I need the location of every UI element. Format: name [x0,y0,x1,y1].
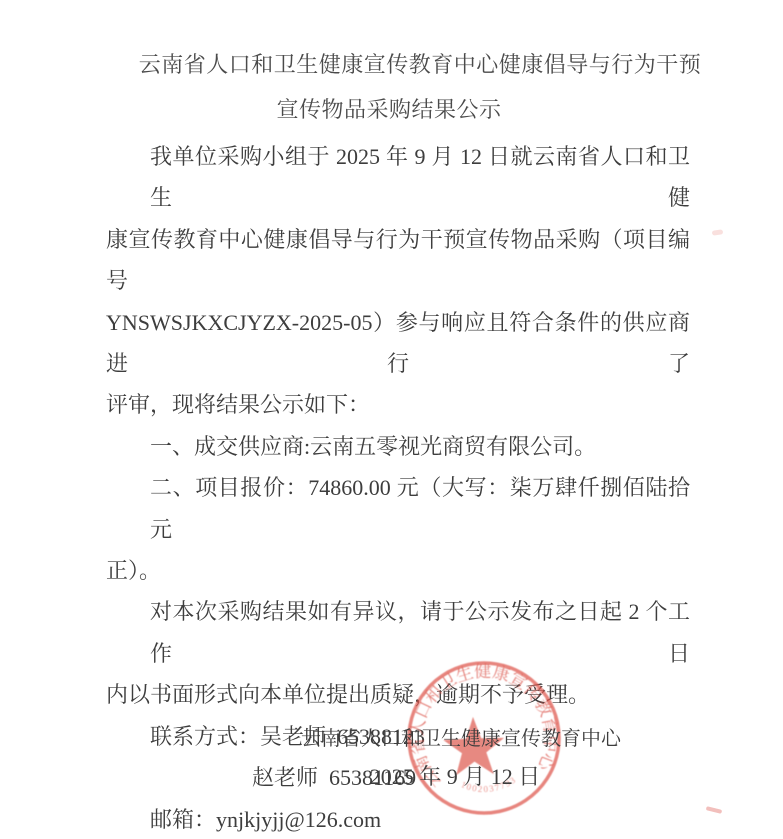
doc-line: 康宣传教育中心健康倡导与行为干预宣传物品采购（项目编号 [106,219,690,302]
ink-smudge [712,229,724,235]
document-title-line2: 宣传物品采购结果公示 [97,89,681,131]
doc-line: 正）。 [106,550,690,591]
doc-line: 我单位采购小组于 2025 年 9 月 12 日就云南省人口和卫生健 [106,136,690,219]
signature-org-name: 云南省人口和卫生健康宣传教育中心 [161,722,761,751]
doc-line-price: 二、项目报价：74860.00 元（大写：柒万肆仟捌佰陆拾元 [106,467,690,550]
doc-line: 评审，现将结果公示如下： [106,384,690,425]
document-page: 云南省人口和卫生健康宣传教育中心健康倡导与行为干预 宣传物品采购结果公示 我单位… [0,0,783,839]
document-title-line1: 云南省人口和卫生健康宣传教育中心健康倡导与行为干预 [128,44,712,86]
doc-line-supplier: 一、成交供应商:云南五零视光商贸有限公司。 [106,426,690,467]
ink-smudge [706,806,722,814]
doc-line: YNSWSJKXCJYZX-2025-05）参与响应且符合条件的供应商进行了 [106,302,690,385]
signature-date: 2025 年 9 月 12 日 [155,760,755,791]
